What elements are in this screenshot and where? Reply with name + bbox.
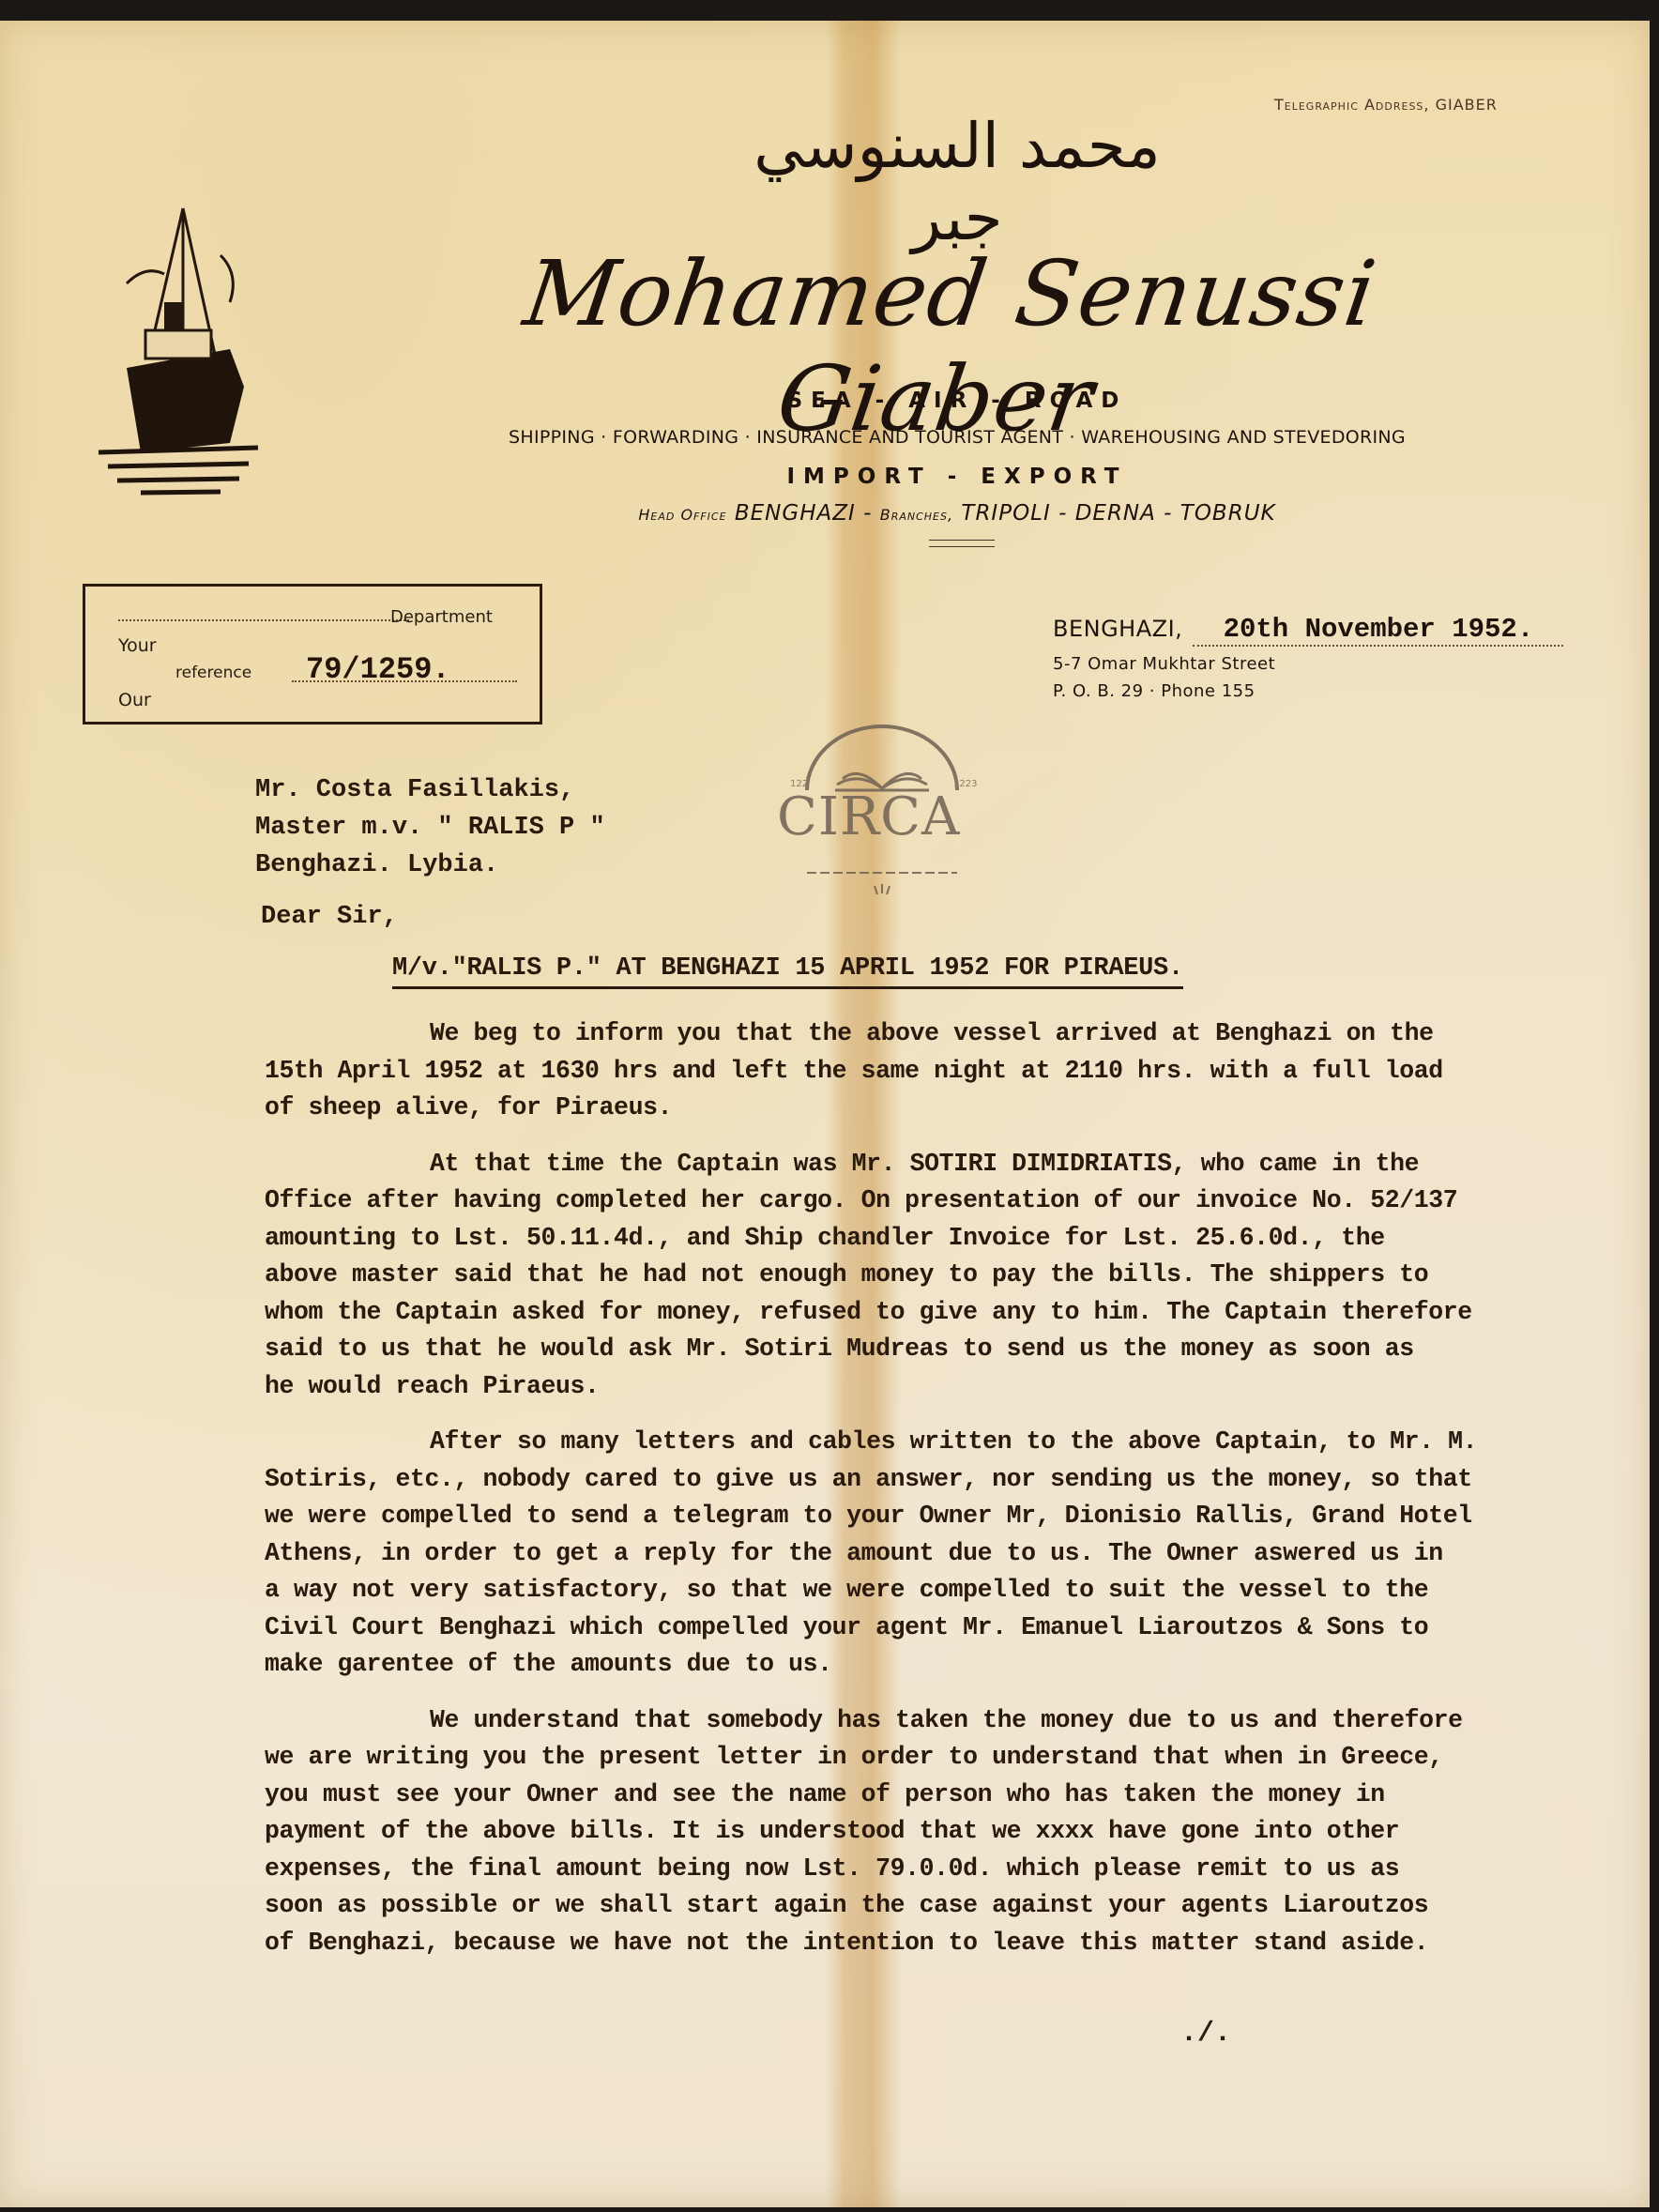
body-paragraph: We understand that somebody has taken th… [265, 1702, 1635, 1962]
offices-line: Head Office BENGHAZI - Branches, TRIPOLI… [497, 501, 1417, 526]
letter-page: Telegraphic Address, GIABER محمد السنوسي… [0, 21, 1650, 2207]
body-paragraph: We beg to inform you that the above vess… [265, 1015, 1635, 1127]
telegraphic-address: Telegraphic Address, GIABER [1274, 96, 1498, 114]
letter-date: 20th November 1952. [1193, 614, 1563, 647]
continuation-mark: ./. [1180, 2018, 1231, 2050]
arabic-company-name: محمد السنوسي جبر [741, 110, 1173, 254]
addressee-name: Mr. Costa Fasillakis, [255, 771, 605, 809]
department-label: Department [390, 607, 493, 627]
your-label: Your [118, 635, 157, 656]
reference-box: Department Your reference 79/1259. Our [83, 584, 542, 725]
pob-phone: P. O. B. 29 · Phone 155 [1053, 681, 1597, 701]
body-paragraph: At that time the Captain was Mr. SOTIRI … [265, 1146, 1635, 1406]
place-and-date: BENGHAZI, 20th November 1952. 5-7 Omar M… [1053, 614, 1597, 701]
subject-line: M/v."RALIS P." AT BENGHAZI 15 APRIL 1952… [392, 954, 1183, 989]
letter-body: We beg to inform you that the above vess… [265, 1015, 1635, 1980]
street-address: 5-7 Omar Mukhtar Street [1053, 654, 1597, 674]
addressee-title: Master m.v. " RALIS P " [255, 809, 605, 847]
body-paragraph: After so many letters and cables written… [265, 1424, 1635, 1684]
city: BENGHAZI, [1053, 616, 1182, 642]
salutation: Dear Sir, [261, 903, 398, 931]
tagline: SEA - AIR - ROAD [732, 389, 1182, 413]
branches-list: TRIPOLI - DERNA - TOBRUK [961, 501, 1275, 526]
our-reference-value: 79/1259. [306, 652, 450, 687]
watermark-text: CIRCA [777, 786, 960, 847]
reference-label: reference [175, 664, 251, 682]
services-line: SHIPPING · FORWARDING · INSURANCE AND TO… [361, 427, 1553, 448]
our-label: Our [118, 690, 151, 710]
addressee-location: Benghazi. Lybia. [255, 847, 605, 884]
department-dotted-line [118, 619, 409, 621]
divider-ornament [929, 540, 995, 547]
head-office-city: BENGHAZI [735, 501, 856, 526]
circa-watermark: 122 1223 CIRCA [769, 723, 995, 901]
head-office-label: Head Office [638, 506, 726, 524]
addressee-block: Mr. Costa Fasillakis, Master m.v. " RALI… [255, 771, 605, 884]
steamship-icon [89, 171, 267, 499]
branches-label: Branches, [880, 506, 953, 524]
company-name: Mohamed Senussi Giaber [398, 241, 1487, 451]
trade-line: IMPORT - EXPORT [723, 465, 1192, 489]
